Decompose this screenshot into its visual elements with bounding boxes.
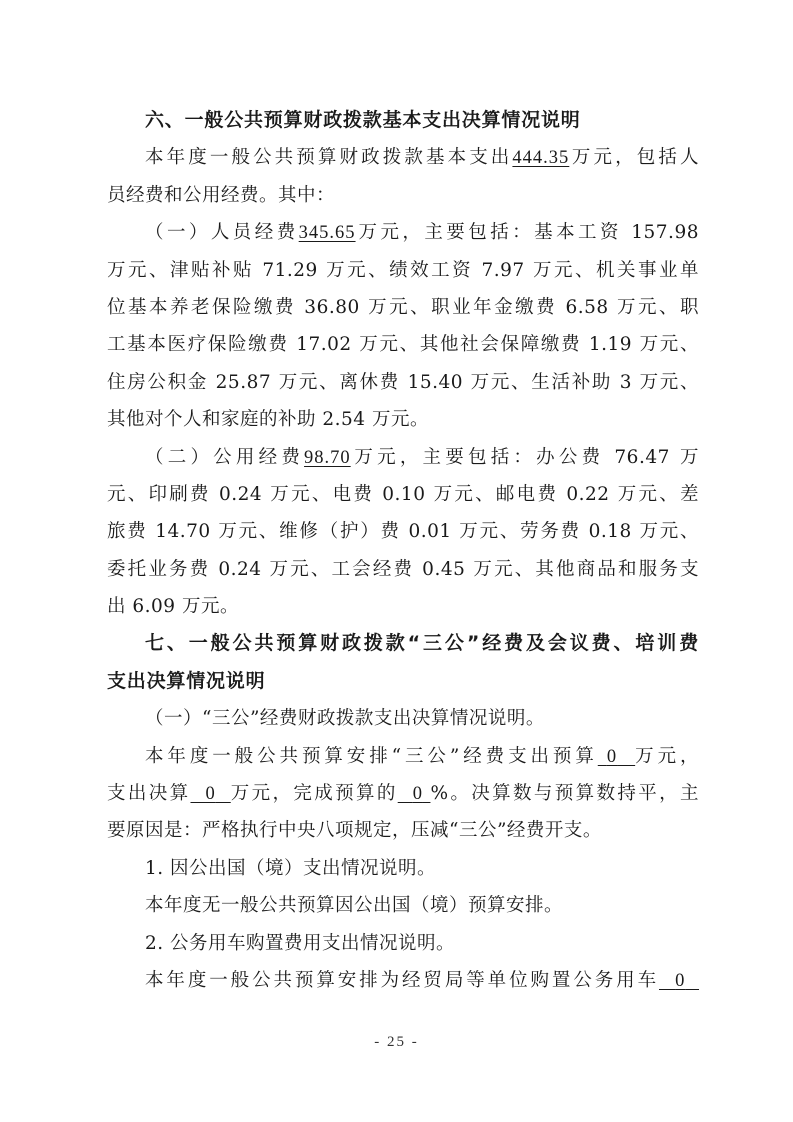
section-7-heading-line-2: 支出决算情况说明 bbox=[107, 663, 699, 700]
final-amount: 0 bbox=[190, 784, 230, 804]
vehicle-purchase-title: 2. 公务用车购置费用支出情况说明。 bbox=[107, 925, 699, 962]
intro-paragraph-line-2: 员经费和公用经费。其中： bbox=[107, 177, 699, 214]
personnel-amount: 345.65 bbox=[299, 223, 356, 243]
item1-text: 本年度无一般公共预算因公出国（境）预算安排。 bbox=[145, 895, 563, 916]
intro-suffix: 万元，包括人 bbox=[569, 147, 699, 168]
personnel-paragraph-line-3: 位基本养老保险缴费 36.80 万元、职业年金缴费 6.58 万元、职 bbox=[107, 289, 699, 326]
document-page: 六、一般公共预算财政拨款基本支出决算情况说明 本年度一般公共预算财政拨款基本支出… bbox=[107, 102, 699, 999]
personnel-paragraph-line-5: 住房公积金 25.87 万元、离休费 15.40 万元、生活补助 3 万元、 bbox=[107, 364, 699, 401]
intro-prefix: 本年度一般公共预算财政拨款基本支出 bbox=[145, 147, 512, 168]
p1-suffix: 万元， bbox=[635, 746, 699, 767]
intro-paragraph-line-1: 本年度一般公共预算财政拨款基本支出444.35万元，包括人 bbox=[107, 139, 699, 176]
public-paragraph-line-2: 元、印刷费 0.24 万元、电费 0.10 万元、邮电费 0.22 万元、差 bbox=[107, 476, 699, 513]
section-7-heading-line-1: 七、一般公共预算财政拨款“三公”经费及会议费、培训费 bbox=[107, 625, 699, 662]
intro-line2: 员经费和公用经费。其中： bbox=[107, 185, 335, 206]
public-line4: 委托业务费 0.24 万元、工会经费 0.45 万元、其他商品和服务支 bbox=[107, 559, 699, 580]
section-6-heading: 六、一般公共预算财政拨款基本支出决算情况说明 bbox=[107, 102, 699, 139]
three-public-paragraph-line-3: 要原因是：严格执行中央八项规定，压减“三公”经费开支。 bbox=[107, 812, 699, 849]
subheading-text: （一）“三公”经费财政拨款支出决算情况说明。 bbox=[145, 708, 545, 729]
personnel-paragraph-line-4: 工基本医疗保险缴费 17.02 万元、其他社会保障缴费 1.19 万元、 bbox=[107, 326, 699, 363]
personnel-line3: 位基本养老保险缴费 36.80 万元、职业年金缴费 6.58 万元、职 bbox=[107, 297, 699, 318]
personnel-paragraph-line-2: 万元、津贴补贴 71.29 万元、绩效工资 7.97 万元、机关事业单 bbox=[107, 252, 699, 289]
overseas-trip-text: 本年度无一般公共预算因公出国（境）预算安排。 bbox=[107, 887, 699, 924]
three-public-subheading: （一）“三公”经费财政拨款支出决算情况说明。 bbox=[107, 700, 699, 737]
p3-text: 要原因是：严格执行中央八项规定，压减“三公”经费开支。 bbox=[107, 820, 602, 841]
budget-amount: 0 bbox=[598, 747, 635, 767]
public-paragraph-line-4: 委托业务费 0.24 万元、工会经费 0.45 万元、其他商品和服务支 bbox=[107, 551, 699, 588]
personnel-line4: 工基本医疗保险缴费 17.02 万元、其他社会保障缴费 1.19 万元、 bbox=[107, 334, 699, 355]
page-number: - 25 - bbox=[0, 1034, 793, 1051]
public-line3: 旅费 14.70 万元、维修（护）费 0.01 万元、劳务费 0.18 万元、 bbox=[107, 521, 699, 542]
personnel-paragraph-line-6: 其他对个人和家庭的补助 2.54 万元。 bbox=[107, 401, 699, 438]
personnel-line1-suffix: 万元，主要包括：基本工资 157.98 bbox=[356, 222, 699, 243]
item2-title: 2. 公务用车购置费用支出情况说明。 bbox=[145, 933, 455, 954]
basic-expenditure-amount: 444.35 bbox=[512, 148, 569, 168]
heading-text: 支出决算情况说明 bbox=[107, 670, 265, 692]
public-paragraph-line-1: （二）公用经费98.70万元，主要包括：办公费 76.47 万 bbox=[107, 439, 699, 476]
personnel-line5: 住房公积金 25.87 万元、离休费 15.40 万元、生活补助 3 万元、 bbox=[107, 372, 699, 393]
item1-title: 1. 因公出国（境）支出情况说明。 bbox=[145, 858, 436, 879]
public-line5: 出 6.09 万元。 bbox=[107, 596, 239, 617]
personnel-line6: 其他对个人和家庭的补助 2.54 万元。 bbox=[107, 409, 429, 430]
public-line1-suffix: 万元，主要包括：办公费 76.47 万 bbox=[351, 447, 699, 468]
personnel-line2: 万元、津贴补贴 71.29 万元、绩效工资 7.97 万元、机关事业单 bbox=[107, 260, 699, 281]
personnel-paragraph-line-1: （一）人员经费345.65万元，主要包括：基本工资 157.98 bbox=[107, 214, 699, 251]
three-public-paragraph-line-1: 本年度一般公共预算安排“三公”经费支出预算 0 万元， bbox=[107, 738, 699, 775]
personnel-label: （一）人员经费 bbox=[145, 222, 299, 243]
public-amount: 98.70 bbox=[304, 448, 351, 468]
heading-text: 七、一般公共预算财政拨款“三公”经费及会议费、培训费 bbox=[145, 632, 699, 654]
heading-text: 六、一般公共预算财政拨款基本支出决算情况说明 bbox=[145, 109, 581, 131]
p2-prefix: 支出决算 bbox=[107, 783, 190, 804]
p2-suffix: %。决算数与预算数持平，主 bbox=[430, 783, 699, 804]
overseas-trip-title: 1. 因公出国（境）支出情况说明。 bbox=[107, 850, 699, 887]
completion-percent: 0 bbox=[398, 784, 431, 804]
public-paragraph-line-3: 旅费 14.70 万元、维修（护）费 0.01 万元、劳务费 0.18 万元、 bbox=[107, 513, 699, 550]
p1-prefix: 本年度一般公共预算安排“三公”经费支出预算 bbox=[145, 746, 598, 767]
public-label: （二）公用经费 bbox=[145, 447, 304, 468]
vehicle-purchase-text: 本年度一般公共预算安排为经贸局等单位购置公务用车 0 bbox=[107, 962, 699, 999]
three-public-paragraph-line-2: 支出决算 0 万元，完成预算的 0 %。决算数与预算数持平，主 bbox=[107, 775, 699, 812]
p2-mid: 万元，完成预算的 bbox=[231, 783, 398, 804]
public-paragraph-line-5: 出 6.09 万元。 bbox=[107, 588, 699, 625]
public-line2: 元、印刷费 0.24 万元、电费 0.10 万元、邮电费 0.22 万元、差 bbox=[107, 484, 699, 505]
item2-prefix: 本年度一般公共预算安排为经贸局等单位购置公务用车 bbox=[145, 970, 659, 991]
vehicle-count: 0 bbox=[659, 971, 699, 991]
